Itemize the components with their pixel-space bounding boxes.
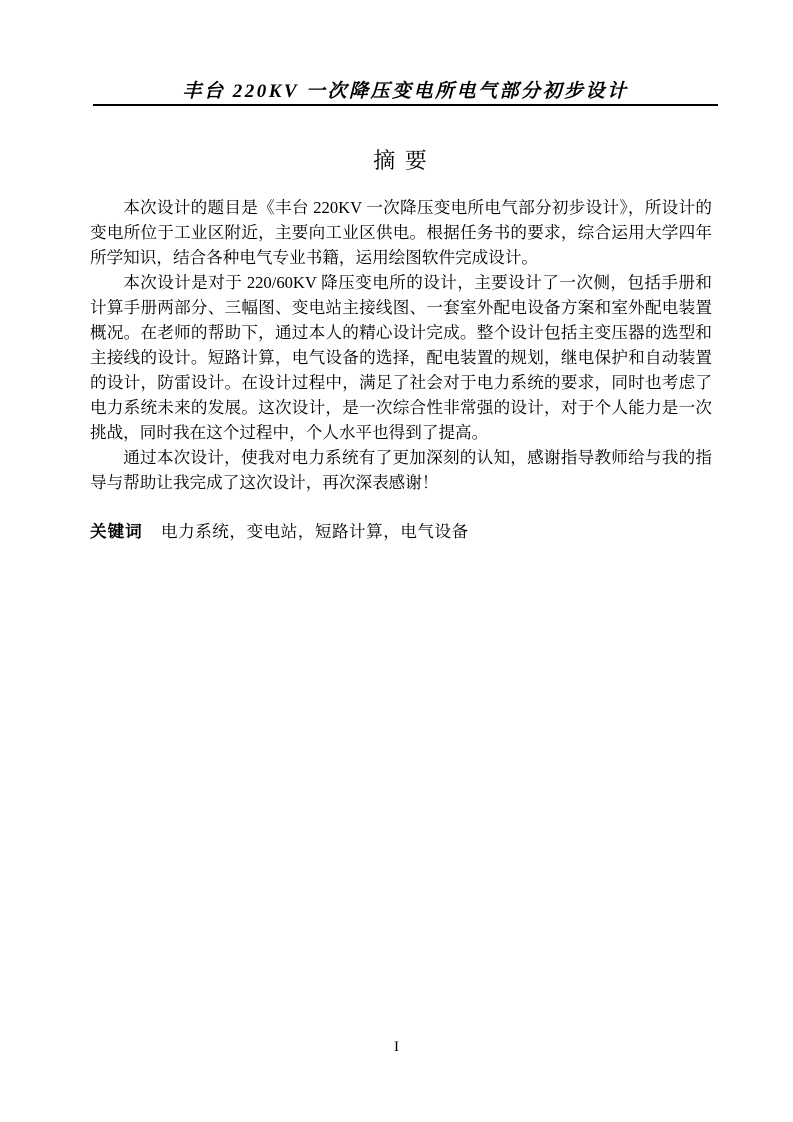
document-page: 丰台 220KV 一次降压变电所电气部分初步设计 摘 要 本次设计的题目是《丰台… [0,0,793,1122]
keywords-text: 电力系统，变电站，短路计算，电气设备 [161,522,469,541]
keywords-row: 关键词电力系统，变电站，短路计算，电气设备 [90,519,712,544]
page-number: I [0,1039,793,1056]
abstract-body: 本次设计的题目是《丰台 220KV 一次降压变电所电气部分初步设计》，所设计的变… [90,195,712,544]
keywords-label: 关键词 [90,522,143,541]
abstract-paragraph-1: 本次设计的题目是《丰台 220KV 一次降压变电所电气部分初步设计》，所设计的变… [90,195,712,270]
abstract-paragraph-3: 通过本次设计，使我对电力系统有了更加深刻的认知，感谢指导教师给与我的指导与帮助让… [90,445,712,495]
abstract-title: 摘 要 [90,144,712,175]
running-header: 丰台 220KV 一次降压变电所电气部分初步设计 [93,76,718,103]
header-rule [93,104,718,106]
abstract-paragraph-2: 本次设计是对于 220/60KV 降压变电所的设计，主要设计了一次侧，包括手册和… [90,270,712,445]
